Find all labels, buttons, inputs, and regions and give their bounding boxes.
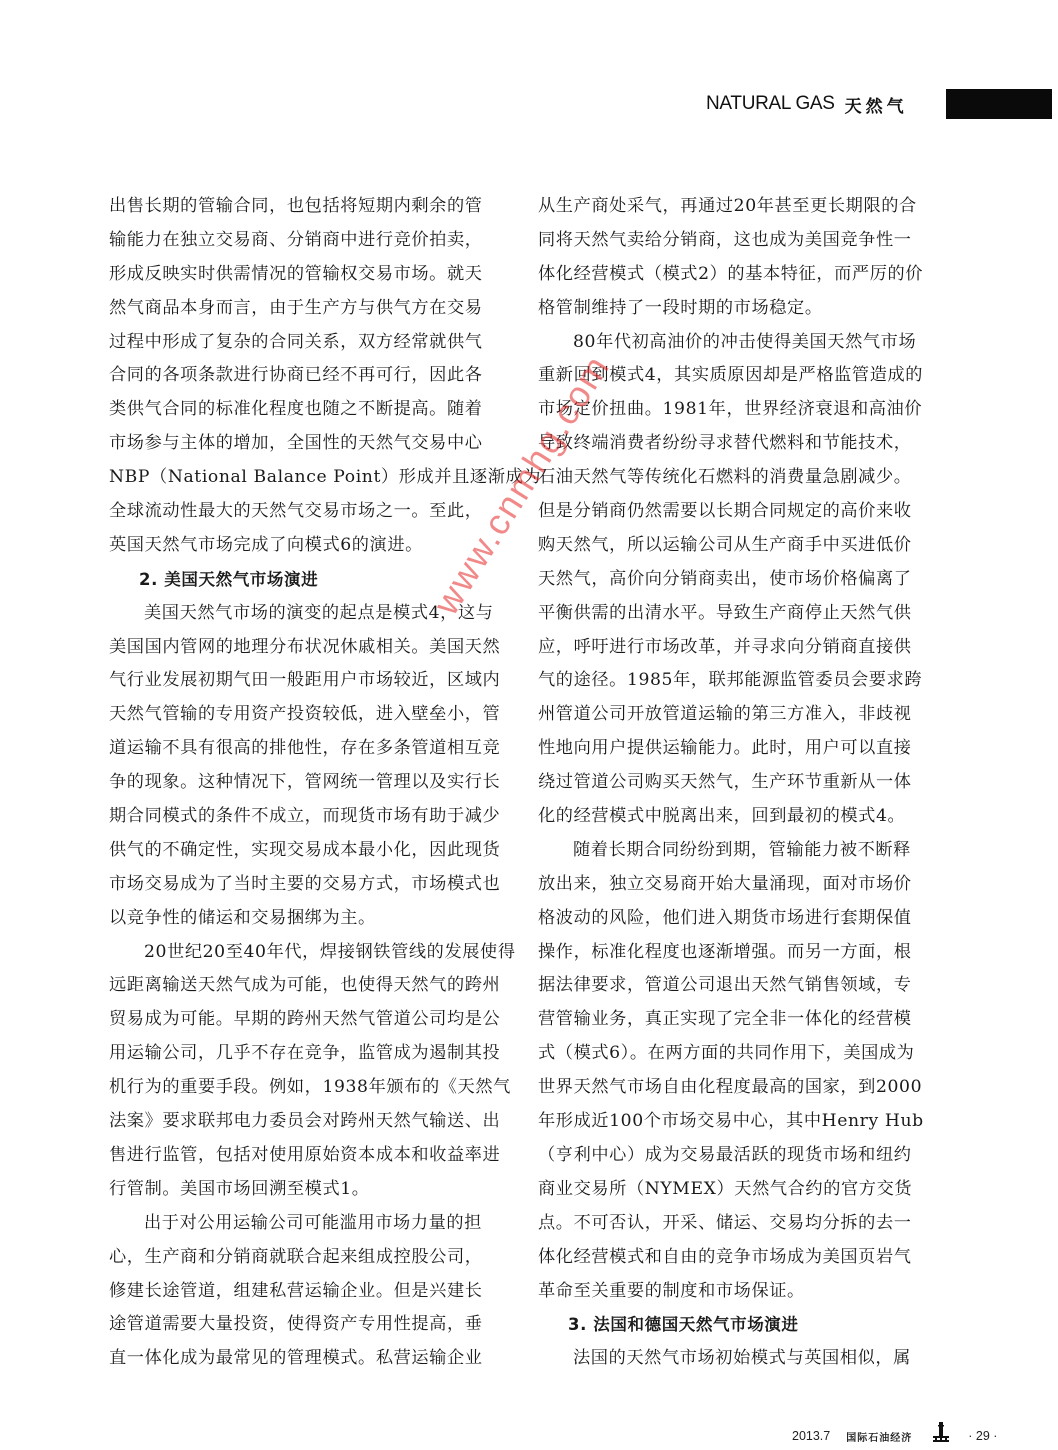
- text-line: 石油天然气等传统化石燃料的消费量急剧减少。: [538, 461, 948, 495]
- text-line: 式（模式6）。在两方面的共同作用下，美国成为: [538, 1037, 948, 1071]
- text-line: 贸易成为可能。早期的跨州天然气管道公司均是公: [109, 1003, 519, 1037]
- text-line: 争的现象。这种情况下，管网统一管理以及实行长: [109, 766, 519, 800]
- text-line: 年形成近100个市场交易中心，其中Henry Hub: [538, 1105, 948, 1139]
- text-line: 类供气合同的标准化程度也随之不断提高。随着: [109, 393, 519, 427]
- text-line: NBP（National Balance Point）形成并且逐渐成为: [109, 461, 519, 495]
- text-line: 天然气，高价向分销商卖出，使市场价格偏离了: [538, 563, 948, 597]
- section-heading: 2. 美国天然气市场演进: [109, 563, 519, 597]
- text-line: 以竞争性的储运和交易捆绑为主。: [109, 902, 519, 936]
- right-column: 从生产商处采气，再通过20年甚至更长期限的合同将天然气卖给分销商，这也成为美国竞…: [538, 190, 948, 1376]
- text-line: 全球流动性最大的天然气交易市场之一。至此，: [109, 495, 519, 529]
- text-line: 导致终端消费者纷纷寻求替代燃料和节能技术，: [538, 427, 948, 461]
- left-column: 出售长期的管输合同，也包括将短期内剩余的管输能力在独立交易商、分销商中进行竞价拍…: [109, 190, 519, 1376]
- text-line: 过程中形成了复杂的合同关系，双方经常就供气: [109, 326, 519, 360]
- text-line: 点。不可否认，开采、储运、交易均分拆的去一: [538, 1207, 948, 1241]
- text-line: 售进行监管，包括对使用原始资本成本和收益率进: [109, 1139, 519, 1173]
- text-line: 气行业发展初期气田一般距用户市场较近，区域内: [109, 664, 519, 698]
- text-line: 20世纪20至40年代，焊接钢铁管线的发展使得: [109, 936, 519, 970]
- section-heading: 3. 法国和德国天然气市场演进: [538, 1308, 948, 1342]
- text-line: 购天然气，所以运输公司从生产商手中买进低价: [538, 529, 948, 563]
- text-line: 操作，标准化程度也逐渐增强。而另一方面，根: [538, 936, 948, 970]
- header-black-bar: [946, 89, 1052, 119]
- text-line: 合同的各项条款进行协商已经不再可行，因此各: [109, 359, 519, 393]
- running-header: NATURAL GAS 天然气: [706, 87, 908, 121]
- page-footer: 2013.7 国际石油经济 · 29 ·: [792, 1425, 997, 1447]
- text-line: 天然气管输的专用资产投资较低，进入壁垒小，管: [109, 698, 519, 732]
- text-line: 出售长期的管输合同，也包括将短期内剩余的管: [109, 190, 519, 224]
- footer-issue: 2013.7: [792, 1429, 830, 1443]
- text-line: 市场定价扭曲。1981年，世界经济衰退和高油价: [538, 393, 948, 427]
- text-line: 市场交易成为了当时主要的交易方式，市场模式也: [109, 868, 519, 902]
- text-line: 体化经营模式和自由的竞争市场成为美国页岩气: [538, 1241, 948, 1275]
- text-line: 绕过管道公司购买天然气，生产环节重新从一体: [538, 766, 948, 800]
- text-line: 平衡供需的出清水平。导致生产商停止天然气供: [538, 597, 948, 631]
- text-line: 气的途径。1985年，联邦能源监管委员会要求跨: [538, 664, 948, 698]
- text-line: 道运输不具有很高的排他性，存在多条管道相互竞: [109, 732, 519, 766]
- text-line: 营管输业务，真正实现了完全非一体化的经营模: [538, 1003, 948, 1037]
- text-line: 州管道公司开放管道运输的第三方准入，非歧视: [538, 698, 948, 732]
- text-line: 重新回到模式4，其实质原因却是严格监管造成的: [538, 359, 948, 393]
- text-line: 供气的不确定性，实现交易成本最小化，因此现货: [109, 834, 519, 868]
- header-section-cn: 天然气: [845, 92, 908, 117]
- text-line: 直一体化成为最常见的管理模式。私营运输企业: [109, 1342, 519, 1376]
- text-line: 美国天然气市场的演变的起点是模式4，这与: [109, 597, 519, 631]
- text-line: 从生产商处采气，再通过20年甚至更长期限的合: [538, 190, 948, 224]
- oil-derrick-icon: [930, 1421, 952, 1443]
- text-line: 输能力在独立交易商、分销商中进行竞价拍卖，: [109, 224, 519, 258]
- page-number: · 29 ·: [968, 1429, 997, 1443]
- text-line: 用运输公司，几乎不存在竞争，监管成为遏制其投: [109, 1037, 519, 1071]
- text-line: 出于对公用运输公司可能滥用市场力量的担: [109, 1207, 519, 1241]
- text-line: 法国的天然气市场初始模式与英国相似，属: [538, 1342, 948, 1376]
- text-line: 体化经营模式（模式2）的基本特征，而严厉的价: [538, 258, 948, 292]
- text-line: 机行为的重要手段。例如，1938年颁布的《天然气: [109, 1071, 519, 1105]
- text-line: 世界天然气市场自由化程度最高的国家，到2000: [538, 1071, 948, 1105]
- text-line: 化的经营模式中脱离出来，回到最初的模式4。: [538, 800, 948, 834]
- footer-journal-name: 国际石油经济: [846, 1429, 912, 1444]
- text-line: 英国天然气市场完成了向模式6的演进。: [109, 529, 519, 563]
- text-line: 格波动的风险，他们进入期货市场进行套期保值: [538, 902, 948, 936]
- text-line: 应，呼吁进行市场改革，并寻求向分销商直接供: [538, 631, 948, 665]
- text-line: 市场参与主体的增加，全国性的天然气交易中心: [109, 427, 519, 461]
- text-line: 80年代初高油价的冲击使得美国天然气市场: [538, 326, 948, 360]
- text-line: 随着长期合同纷纷到期，管输能力被不断释: [538, 834, 948, 868]
- text-line: 据法律要求，管道公司退出天然气销售领域，专: [538, 969, 948, 1003]
- text-line: 行管制。美国市场回溯至模式1。: [109, 1173, 519, 1207]
- text-line: 放出来，独立交易商开始大量涌现，面对市场价: [538, 868, 948, 902]
- text-line: （亨利中心）成为交易最活跃的现货市场和纽约: [538, 1139, 948, 1173]
- text-line: 革命至关重要的制度和市场保证。: [538, 1275, 948, 1309]
- text-line: 期合同模式的条件不成立，而现货市场有助于减少: [109, 800, 519, 834]
- text-line: 商业交易所（NYMEX）天然气合约的官方交货: [538, 1173, 948, 1207]
- text-line: 然气商品本身而言，由于生产方与供气方在交易: [109, 292, 519, 326]
- text-line: 修建长途管道，组建私营运输企业。但是兴建长: [109, 1275, 519, 1309]
- text-line: 法案》要求联邦电力委员会对跨州天然气输送、出: [109, 1105, 519, 1139]
- text-line: 性地向用户提供运输能力。此时，用户可以直接: [538, 732, 948, 766]
- text-line: 格管制维持了一段时期的市场稳定。: [538, 292, 948, 326]
- text-line: 心，生产商和分销商就联合起来组成控股公司，: [109, 1241, 519, 1275]
- text-line: 美国国内管网的地理分布状况休戚相关。美国天然: [109, 631, 519, 665]
- text-line: 远距离输送天然气成为可能，也使得天然气的跨州: [109, 969, 519, 1003]
- text-line: 途管道需要大量投资，使得资产专用性提高，垂: [109, 1308, 519, 1342]
- text-line: 但是分销商仍然需要以长期合同规定的高价来收: [538, 495, 948, 529]
- text-line: 同将天然气卖给分销商，这也成为美国竞争性一: [538, 224, 948, 258]
- header-section-en: NATURAL GAS: [706, 93, 835, 115]
- text-line: 形成反映实时供需情况的管输权交易市场。就天: [109, 258, 519, 292]
